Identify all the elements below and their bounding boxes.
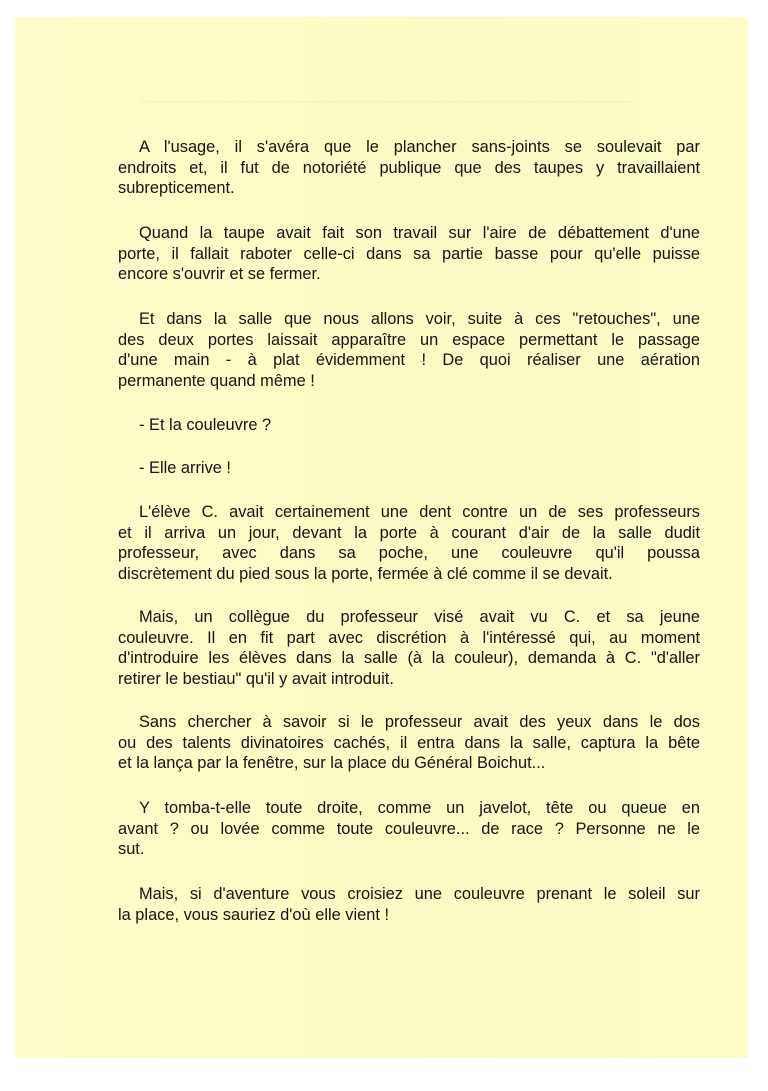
text-line: ou des talents divinatoires cachés, il e… — [118, 733, 700, 754]
text-line: des deux portes laissait apparaître un e… — [118, 330, 700, 351]
text-line: - Et la couleuvre ? — [118, 415, 700, 436]
text-line: d'une main - à plat évidemment ! De quoi… — [118, 350, 700, 371]
text-line: et il arriva un jour, devant la porte à … — [118, 523, 700, 544]
paragraph-6: Sans chercher à savoir si le professeur … — [118, 712, 700, 774]
text-line: endroits et, il fut de notoriété publiqu… — [118, 158, 700, 179]
text-line: Quand la taupe avait fait son travail su… — [118, 223, 700, 244]
text-line: Sans chercher à savoir si le professeur … — [118, 712, 700, 733]
text-line: subrepticement. — [118, 178, 700, 199]
text-line: professeur, avec dans sa poche, une coul… — [118, 543, 700, 564]
paragraph-8: Mais, si d'aventure vous croisiez une co… — [118, 884, 700, 925]
text-line: la place, vous sauriez d'où elle vient ! — [118, 905, 700, 926]
dialogue-line-2: - Elle arrive ! — [118, 458, 700, 479]
text-line: discrètement du pied sous la porte, ferm… — [118, 564, 700, 585]
text-line: couleuvre. Il en fit part avec discrétio… — [118, 628, 700, 649]
text-line: Y tomba-t-elle toute droite, comme un ja… — [118, 798, 700, 819]
text-line: - Elle arrive ! — [118, 458, 700, 479]
text-line: Mais, si d'aventure vous croisiez une co… — [118, 884, 700, 905]
dialogue-line-1: - Et la couleuvre ? — [118, 415, 700, 436]
bleed-through-text: ~~~~~~~~~~~~~~~~~~~~~~~~~~~~~~~~~~~~~~~~… — [140, 92, 700, 112]
text-line: d'introduire les élèves dans la salle (à… — [118, 648, 700, 669]
text-line: sut. — [118, 839, 700, 860]
text-line: permanente quand même ! — [118, 371, 700, 392]
text-line: retirer le bestiau" qu'il y avait introd… — [118, 669, 700, 690]
text-line: A l'usage, il s'avéra que le plancher sa… — [118, 137, 700, 158]
paragraph-5: Mais, un collègue du professeur visé ava… — [118, 607, 700, 689]
paragraph-1: A l'usage, il s'avéra que le plancher sa… — [118, 137, 700, 199]
text-line: et la lança par la fenêtre, sur la place… — [118, 753, 700, 774]
text-line: avant ? ou lovée comme toute couleuvre..… — [118, 819, 700, 840]
text-line: L'élève C. avait certainement une dent c… — [118, 502, 700, 523]
text-line: Et dans la salle que nous allons voir, s… — [118, 309, 700, 330]
paragraph-4: L'élève C. avait certainement une dent c… — [118, 502, 700, 584]
text-line: Mais, un collègue du professeur visé ava… — [118, 607, 700, 628]
paragraph-7: Y tomba-t-elle toute droite, comme un ja… — [118, 798, 700, 860]
paragraph-3: Et dans la salle que nous allons voir, s… — [118, 309, 700, 391]
paragraph-2: Quand la taupe avait fait son travail su… — [118, 223, 700, 285]
text-line: encore s'ouvrir et se fermer. — [118, 264, 700, 285]
text-line: porte, il fallait raboter celle-ci dans … — [118, 244, 700, 265]
